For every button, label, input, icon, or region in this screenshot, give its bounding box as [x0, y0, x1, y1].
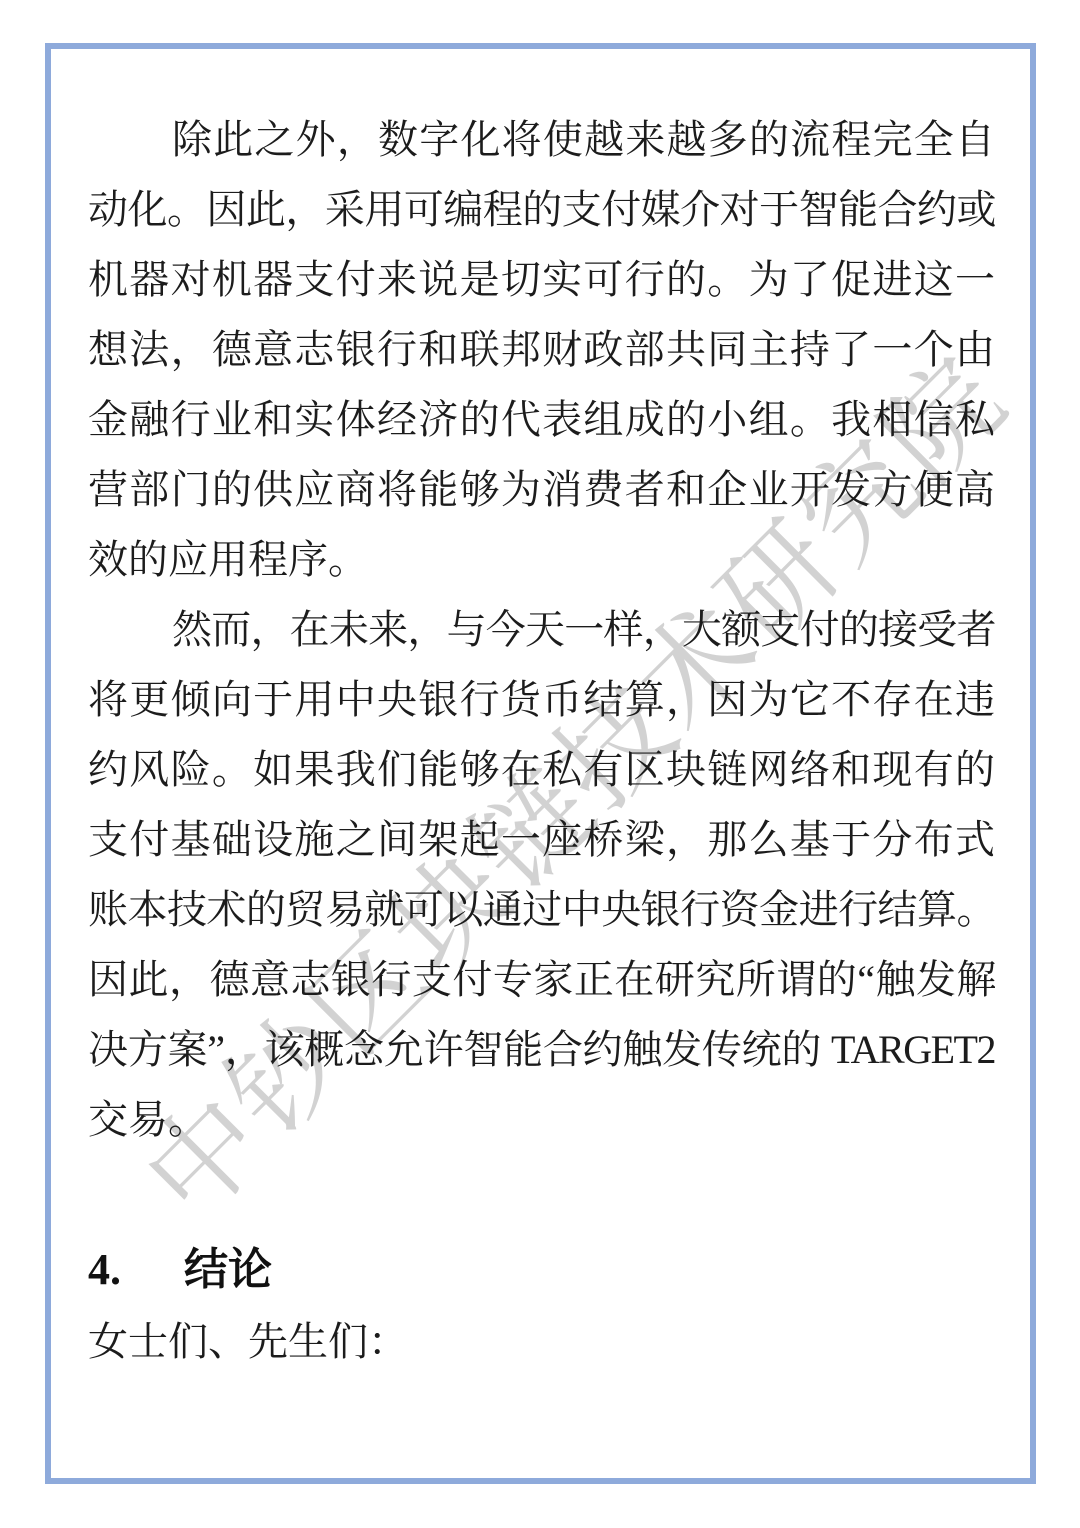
text-line: 想法，德意志银行和联邦财政部共同主持了一个由 [88, 315, 995, 385]
text-line: 机器对机器支付来说是切实可行的。为了促进这一 [88, 245, 995, 315]
text-line: 然而，在未来，与今天一样，大额支付的接受者 [88, 595, 995, 665]
text-line: 动化。因此，采用可编程的支付媒介对于智能合约或 [88, 175, 995, 245]
section-title: 结论 [184, 1245, 272, 1294]
section-number: 4. [88, 1245, 121, 1294]
paragraph-2: 然而，在未来，与今天一样，大额支付的接受者 将更倾向于用中央银行货币结算，因为它… [88, 595, 995, 1155]
text-line: 决方案”，该概念允许智能合约触发传统的 TARGET2 [88, 1015, 995, 1085]
paragraph-1: 除此之外，数字化将使越来越多的流程完全自 动化。因此，采用可编程的支付媒介对于智… [88, 105, 995, 595]
text-line: 将更倾向于用中央银行货币结算，因为它不存在违 [88, 665, 995, 735]
section-heading: 4. 结论 [88, 1235, 995, 1305]
text-line: 效的应用程序。 [88, 525, 995, 595]
text-line: 账本技术的贸易就可以通过中央银行资金进行结算。 [88, 875, 995, 945]
text-line: 营部门的供应商将能够为消费者和企业开发方便高 [88, 455, 995, 525]
text-line: 约风险。如果我们能够在私有区块链网络和现有的 [88, 735, 995, 805]
document-page: 中钞区块链技术研究院 除此之外，数字化将使越来越多的流程完全自 动化。因此，采用… [0, 0, 1080, 1528]
text-line: 除此之外，数字化将使越来越多的流程完全自 [88, 105, 995, 175]
document-content: 除此之外，数字化将使越来越多的流程完全自 动化。因此，采用可编程的支付媒介对于智… [88, 105, 995, 1377]
text-line: 交易。 [88, 1085, 995, 1155]
text-line: 金融行业和实体经济的代表组成的小组。我相信私 [88, 385, 995, 455]
text-line: 支付基础设施之间架起一座桥梁，那么基于分布式 [88, 805, 995, 875]
text-line: 因此，德意志银行支付专家正在研究所谓的“触发解 [88, 945, 995, 1015]
salutation-line: 女士们、先生们： [88, 1307, 995, 1377]
